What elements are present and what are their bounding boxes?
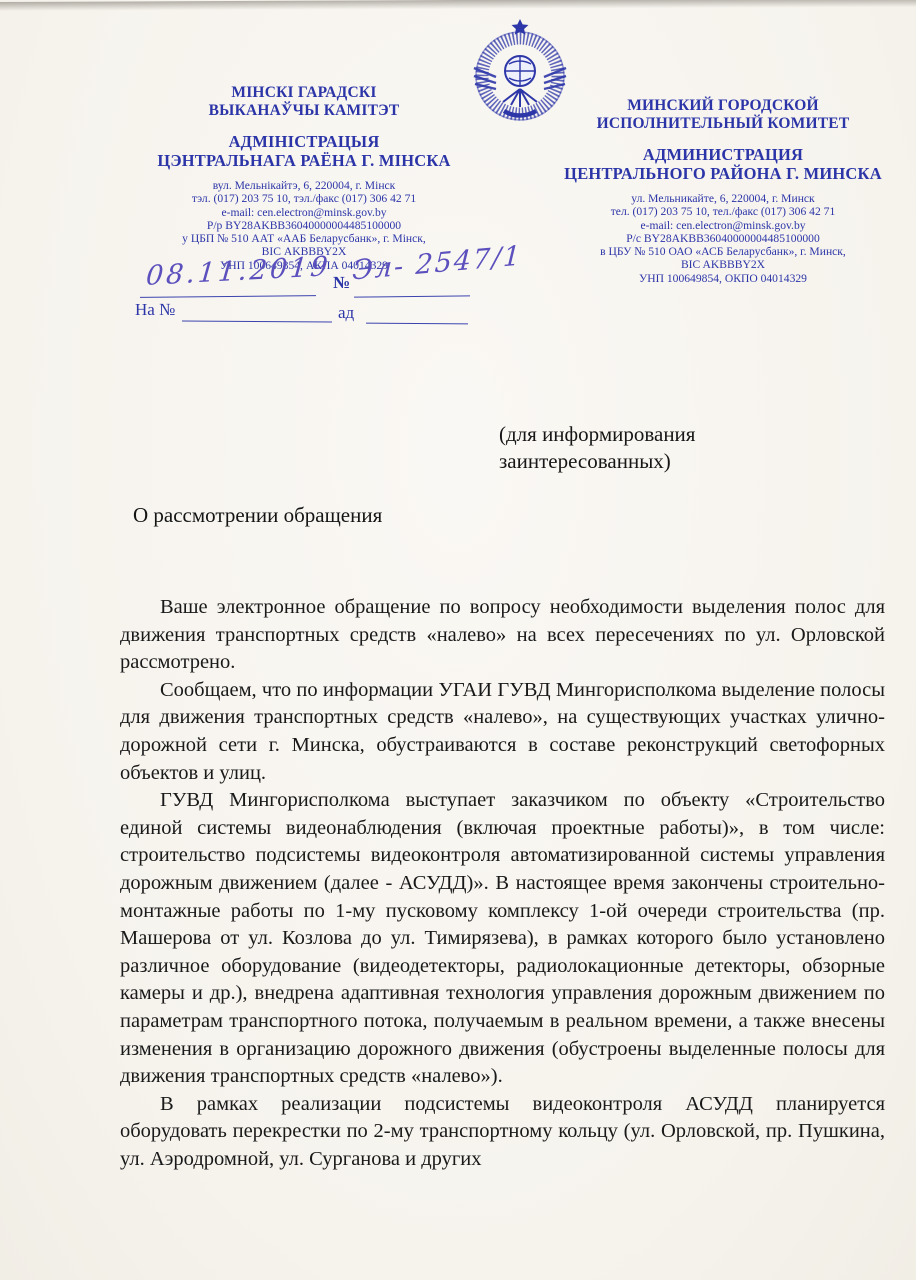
letterhead-russian: МИНСКИЙ ГОРОДСКОЙ ИСПОЛНИТЕЛЬНЫЙ КОМИТЕТ…: [543, 97, 903, 285]
scan-edge-artifact: [0, 0, 916, 11]
address-line: ул. Мельникайте, 6, 220004, г. Минск: [543, 192, 903, 205]
body-paragraph: В рамках реализации подсистемы видеоконт…: [120, 1091, 885, 1174]
admin-name-line: АДМІНІСТРАЦЫЯ: [138, 132, 470, 151]
body-paragraph: ГУВД Мингорисполкома выступает заказчико…: [120, 787, 885, 1091]
recipient-note: (для информирования заинтересованных): [499, 421, 809, 475]
admin-name-line: ЦЕНТРАЛЬНОГО РАЙОНА Г. МИНСКА: [543, 164, 903, 183]
address-line: e-mail: cen.electron@minsk.gov.by: [543, 219, 903, 232]
address-line: вул. Мельнікайтэ, 6, 220004, г. Мінск: [138, 179, 470, 192]
address-line: УНП 100649854, ОКПО 04014329: [543, 272, 903, 285]
org-name-line: МИНСКИЙ ГОРОДСКОЙ: [543, 97, 903, 115]
admin-name-line: ЦЭНТРАЛЬНАГА РАЁНА Г. МІНСКА: [138, 151, 470, 170]
incoming-number-label: На №: [135, 300, 175, 320]
incoming-number-underline: [182, 320, 332, 322]
address-line: Р/с BY28AKBB36040000004485100000: [543, 232, 903, 245]
letter-body: Ваше электронное обращение по вопросу не…: [120, 594, 885, 1173]
org-name-line: ВЫКАНАЎЧЫ КАМІТЭТ: [138, 102, 470, 120]
letterhead-belarusian: МІНСКІ ГАРАДСКІ ВЫКАНАЎЧЫ КАМІТЭТ АДМІНІ…: [138, 84, 470, 272]
address-block: ул. Мельникайте, 6, 220004, г. Минск тел…: [543, 192, 903, 285]
org-name-line: ИСПОЛНИТЕЛЬНЫЙ КОМИТЕТ: [543, 115, 903, 133]
address-line: Р/р BY28AKBB36040000004485100000: [138, 219, 470, 232]
address-line: в ЦБУ № 510 ОАО «АСБ Беларусбанк», г. Ми…: [543, 245, 903, 258]
recipient-note-line: заинтересованных): [499, 448, 809, 475]
address-line: e-mail: cen.electron@minsk.gov.by: [138, 206, 470, 219]
admin-name-block: АДМИНИСТРАЦИЯ ЦЕНТРАЛЬНОГО РАЙОНА Г. МИН…: [543, 145, 903, 183]
address-line: у ЦБП № 510 ААТ «ААБ Беларусбанк», г. Мі…: [138, 232, 470, 245]
letter-subject: О рассмотрении обращения: [133, 503, 382, 528]
incoming-date-label: ад: [338, 303, 354, 323]
body-paragraph: Сообщаем, что по информации УГАИ ГУВД Ми…: [120, 677, 885, 787]
recipient-note-line: (для информирования: [499, 421, 809, 448]
body-paragraph: Ваше электронное обращение по вопросу не…: [120, 594, 885, 677]
incoming-date-underline: [366, 323, 468, 325]
admin-name-line: АДМИНИСТРАЦИЯ: [543, 145, 903, 164]
scanned-letter-page: МІНСКІ ГАРАДСКІ ВЫКАНАЎЧЫ КАМІТЭТ АДМІНІ…: [0, 0, 916, 1280]
number-underline: [354, 295, 470, 297]
org-name-line: МІНСКІ ГАРАДСКІ: [138, 84, 470, 102]
address-line: BIC AKBBBY2X: [543, 258, 903, 271]
number-sign-label: №: [333, 273, 350, 293]
address-line: тел. (017) 203 75 10, тел./факс (017) 30…: [543, 205, 903, 218]
date-underline: [140, 295, 316, 298]
address-line: тэл. (017) 203 75 10, тэл./факс (017) 30…: [138, 192, 470, 205]
admin-name-block: АДМІНІСТРАЦЫЯ ЦЭНТРАЛЬНАГА РАЁНА Г. МІНС…: [138, 132, 470, 170]
